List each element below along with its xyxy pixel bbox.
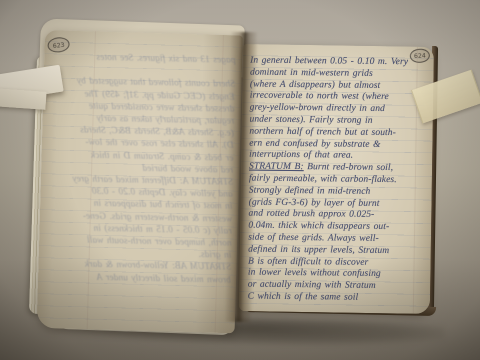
right-page: 624 In general between 0.05 - 0.10 m. Ve… bbox=[239, 44, 434, 314]
photo-background: 623 pages 13 and six figures. See notes … bbox=[0, 0, 480, 360]
underlined-heading: STRATUM B: bbox=[249, 162, 304, 173]
left-page: 623 pages 13 and six figures. See notes … bbox=[37, 30, 243, 333]
bookmark-ribbon-fold bbox=[0, 88, 47, 110]
handwriting-line: C which is of the same soil bbox=[248, 292, 426, 306]
handwriting-text: In general between 0.05 - 0.10 m. Verydo… bbox=[248, 56, 429, 306]
showthrough-text: pages 13 and six figures. See notes Sher… bbox=[45, 51, 236, 287]
